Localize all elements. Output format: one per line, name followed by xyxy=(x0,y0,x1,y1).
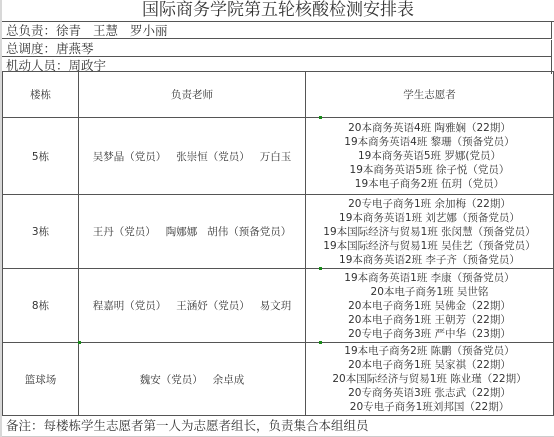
cell-comment-marker xyxy=(319,116,322,119)
header-building[interactable]: 楼栋 xyxy=(3,72,79,118)
volunteer-entry: 19本商务英语4班 黎珊（预备党员） xyxy=(344,135,514,149)
volunteer-entry: 19本商务英语1班 刘艺娜（预备党员） xyxy=(339,211,520,225)
dispatcher-label: 总调度： xyxy=(6,41,56,56)
volunteer-entry: 19本商务英语5班 徐子悦（党员） xyxy=(350,163,510,177)
teacher-name: 吴梦晶（党员） xyxy=(93,151,167,163)
volunteers-cell[interactable]: 20专电子商务1班 余加梅（22期） 19本商务英语1班 刘艺娜（预备党员） 1… xyxy=(306,195,554,269)
table-row: 篮球场 魏安（党员）余卓成 19本电子商务2班 陈鹏（预备党员） 20本电子商务… xyxy=(3,343,554,416)
volunteer-entry: 19本商务英语1班 李康（预备党员） xyxy=(344,271,514,285)
volunteer-entry: 20专商务英语3班 张志武（22期） xyxy=(348,386,511,400)
teacher-name: 张崇恒（党员） xyxy=(176,151,250,163)
teacher-name: 王涵妤（党员） xyxy=(176,300,250,312)
teachers-cell[interactable]: 吴梦晶（党员）张崇恒（党员）万白玉 xyxy=(79,118,306,195)
teachers-cell[interactable]: 魏安（党员）余卓成 xyxy=(79,343,306,416)
building-cell[interactable]: 3栋 xyxy=(3,195,79,269)
cell-comment-marker xyxy=(319,341,322,344)
volunteer-entry: 19本国际经济与贸易1班 张闵慧（预备党员） xyxy=(323,225,535,239)
volunteer-entry: 19本商务英语2班 李子齐（预备党员） xyxy=(339,253,520,267)
volunteer-entry: 19本商务英语5班 罗娜(党员） xyxy=(358,149,501,163)
volunteer-entry: 20本电子商务1班 王朝芳（22期） xyxy=(348,313,511,327)
dispatcher-row[interactable]: 总调度：唐燕琴 xyxy=(2,40,552,57)
teacher-name: 王丹（党员） xyxy=(93,226,156,238)
teacher-name: 程嘉明（党员） xyxy=(93,300,167,312)
table-row: 3栋 王丹（党员）陶娜娜胡伟（预备党员） 20专电子商务1班 余加梅（22期） … xyxy=(3,195,554,269)
teacher-name: 易文玥 xyxy=(260,300,292,312)
chief-label: 总负责： xyxy=(6,23,56,38)
volunteer-entry: 20专电子商务1班 余加梅（22期） xyxy=(348,197,511,211)
header-teachers[interactable]: 负责老师 xyxy=(79,72,306,118)
teacher-name: 陶娜娜 xyxy=(166,226,198,238)
volunteer-entry: 20本商务英语4班 陶雅娴（22期） xyxy=(348,121,511,135)
volunteer-entry: 20本电子商务1班 吴世铭 xyxy=(371,285,489,299)
chief-row[interactable]: 总负责：徐青王慧罗小丽 xyxy=(2,22,552,39)
volunteer-entry: 19本电子商务2班 陈鹏（预备党员） xyxy=(344,344,514,358)
cell-comment-marker xyxy=(78,341,81,344)
teachers-cell[interactable]: 王丹（党员）陶娜娜胡伟（预备党员） xyxy=(79,195,306,269)
schedule-table: 楼栋 负责老师 学生志愿者 5栋 吴梦晶（党员）张崇恒（党员）万白玉 20本商务… xyxy=(2,71,554,416)
teacher-name: 胡伟（预备党员） xyxy=(207,226,291,238)
dispatcher-name: 唐燕琴 xyxy=(56,41,94,56)
sheet-title[interactable]: 国际商务学院第五轮核酸检测安排表 xyxy=(2,0,554,22)
building-cell[interactable]: 5栋 xyxy=(3,118,79,195)
volunteer-entry: 20本国际经济与贸易1班 陈业瑾（22期） xyxy=(332,372,526,386)
volunteer-entry: 19本电子商务2班 伍玥（党员） xyxy=(355,177,504,191)
building-cell[interactable]: 篮球场 xyxy=(3,343,79,416)
volunteer-entry: 20专电子商务3班 严中华（23期） xyxy=(348,327,511,341)
teacher-name: 魏安（党员） xyxy=(140,374,203,386)
volunteer-entry: 20本电子商务1班 吴佛金（22期） xyxy=(348,299,511,313)
chief-name: 徐青 xyxy=(56,23,81,38)
table-row: 8栋 程嘉明（党员）王涵妤（党员）易文玥 19本商务英语1班 李康（预备党员） … xyxy=(3,269,554,343)
volunteers-cell[interactable]: 19本电子商务2班 陈鹏（预备党员） 20本电子商务1班 吴家祺（22期） 20… xyxy=(306,343,554,416)
teacher-name: 余卓成 xyxy=(213,374,245,386)
volunteer-entry: 19本国际经济与贸易1班 吴佳艺（预备党员） xyxy=(323,239,535,253)
volunteer-entry: 20本电子商务1班 吴家祺（22期） xyxy=(348,358,511,372)
spreadsheet: 国际商务学院第五轮核酸检测安排表 总负责：徐青王慧罗小丽 总调度：唐燕琴 机动人… xyxy=(0,0,554,437)
teacher-name: 万白玉 xyxy=(260,151,292,163)
chief-name: 罗小丽 xyxy=(130,23,168,38)
table-row: 5栋 吴梦晶（党员）张崇恒（党员）万白玉 20本商务英语4班 陶雅娴（22期） … xyxy=(3,118,554,195)
footnote[interactable]: 备注：每楼栋学生志愿者第一人为志愿者组长，负责集合本组组员 xyxy=(2,416,554,437)
table-header-row: 楼栋 负责老师 学生志愿者 xyxy=(3,72,554,118)
teachers-cell[interactable]: 程嘉明（党员）王涵妤（党员）易文玥 xyxy=(79,269,306,343)
volunteers-cell[interactable]: 19本商务英语1班 李康（预备党员） 20本电子商务1班 吴世铭 20本电子商务… xyxy=(306,269,554,343)
volunteers-cell[interactable]: 20本商务英语4班 陶雅娴（22期） 19本商务英语4班 黎珊（预备党员） 19… xyxy=(306,118,554,195)
volunteer-entry: 20专电子商务1班刘邦国（22期） xyxy=(350,400,509,414)
chief-name: 王慧 xyxy=(93,23,118,38)
header-volunteers[interactable]: 学生志愿者 xyxy=(306,72,554,118)
cell-comment-marker xyxy=(319,267,322,270)
building-cell[interactable]: 8栋 xyxy=(3,269,79,343)
